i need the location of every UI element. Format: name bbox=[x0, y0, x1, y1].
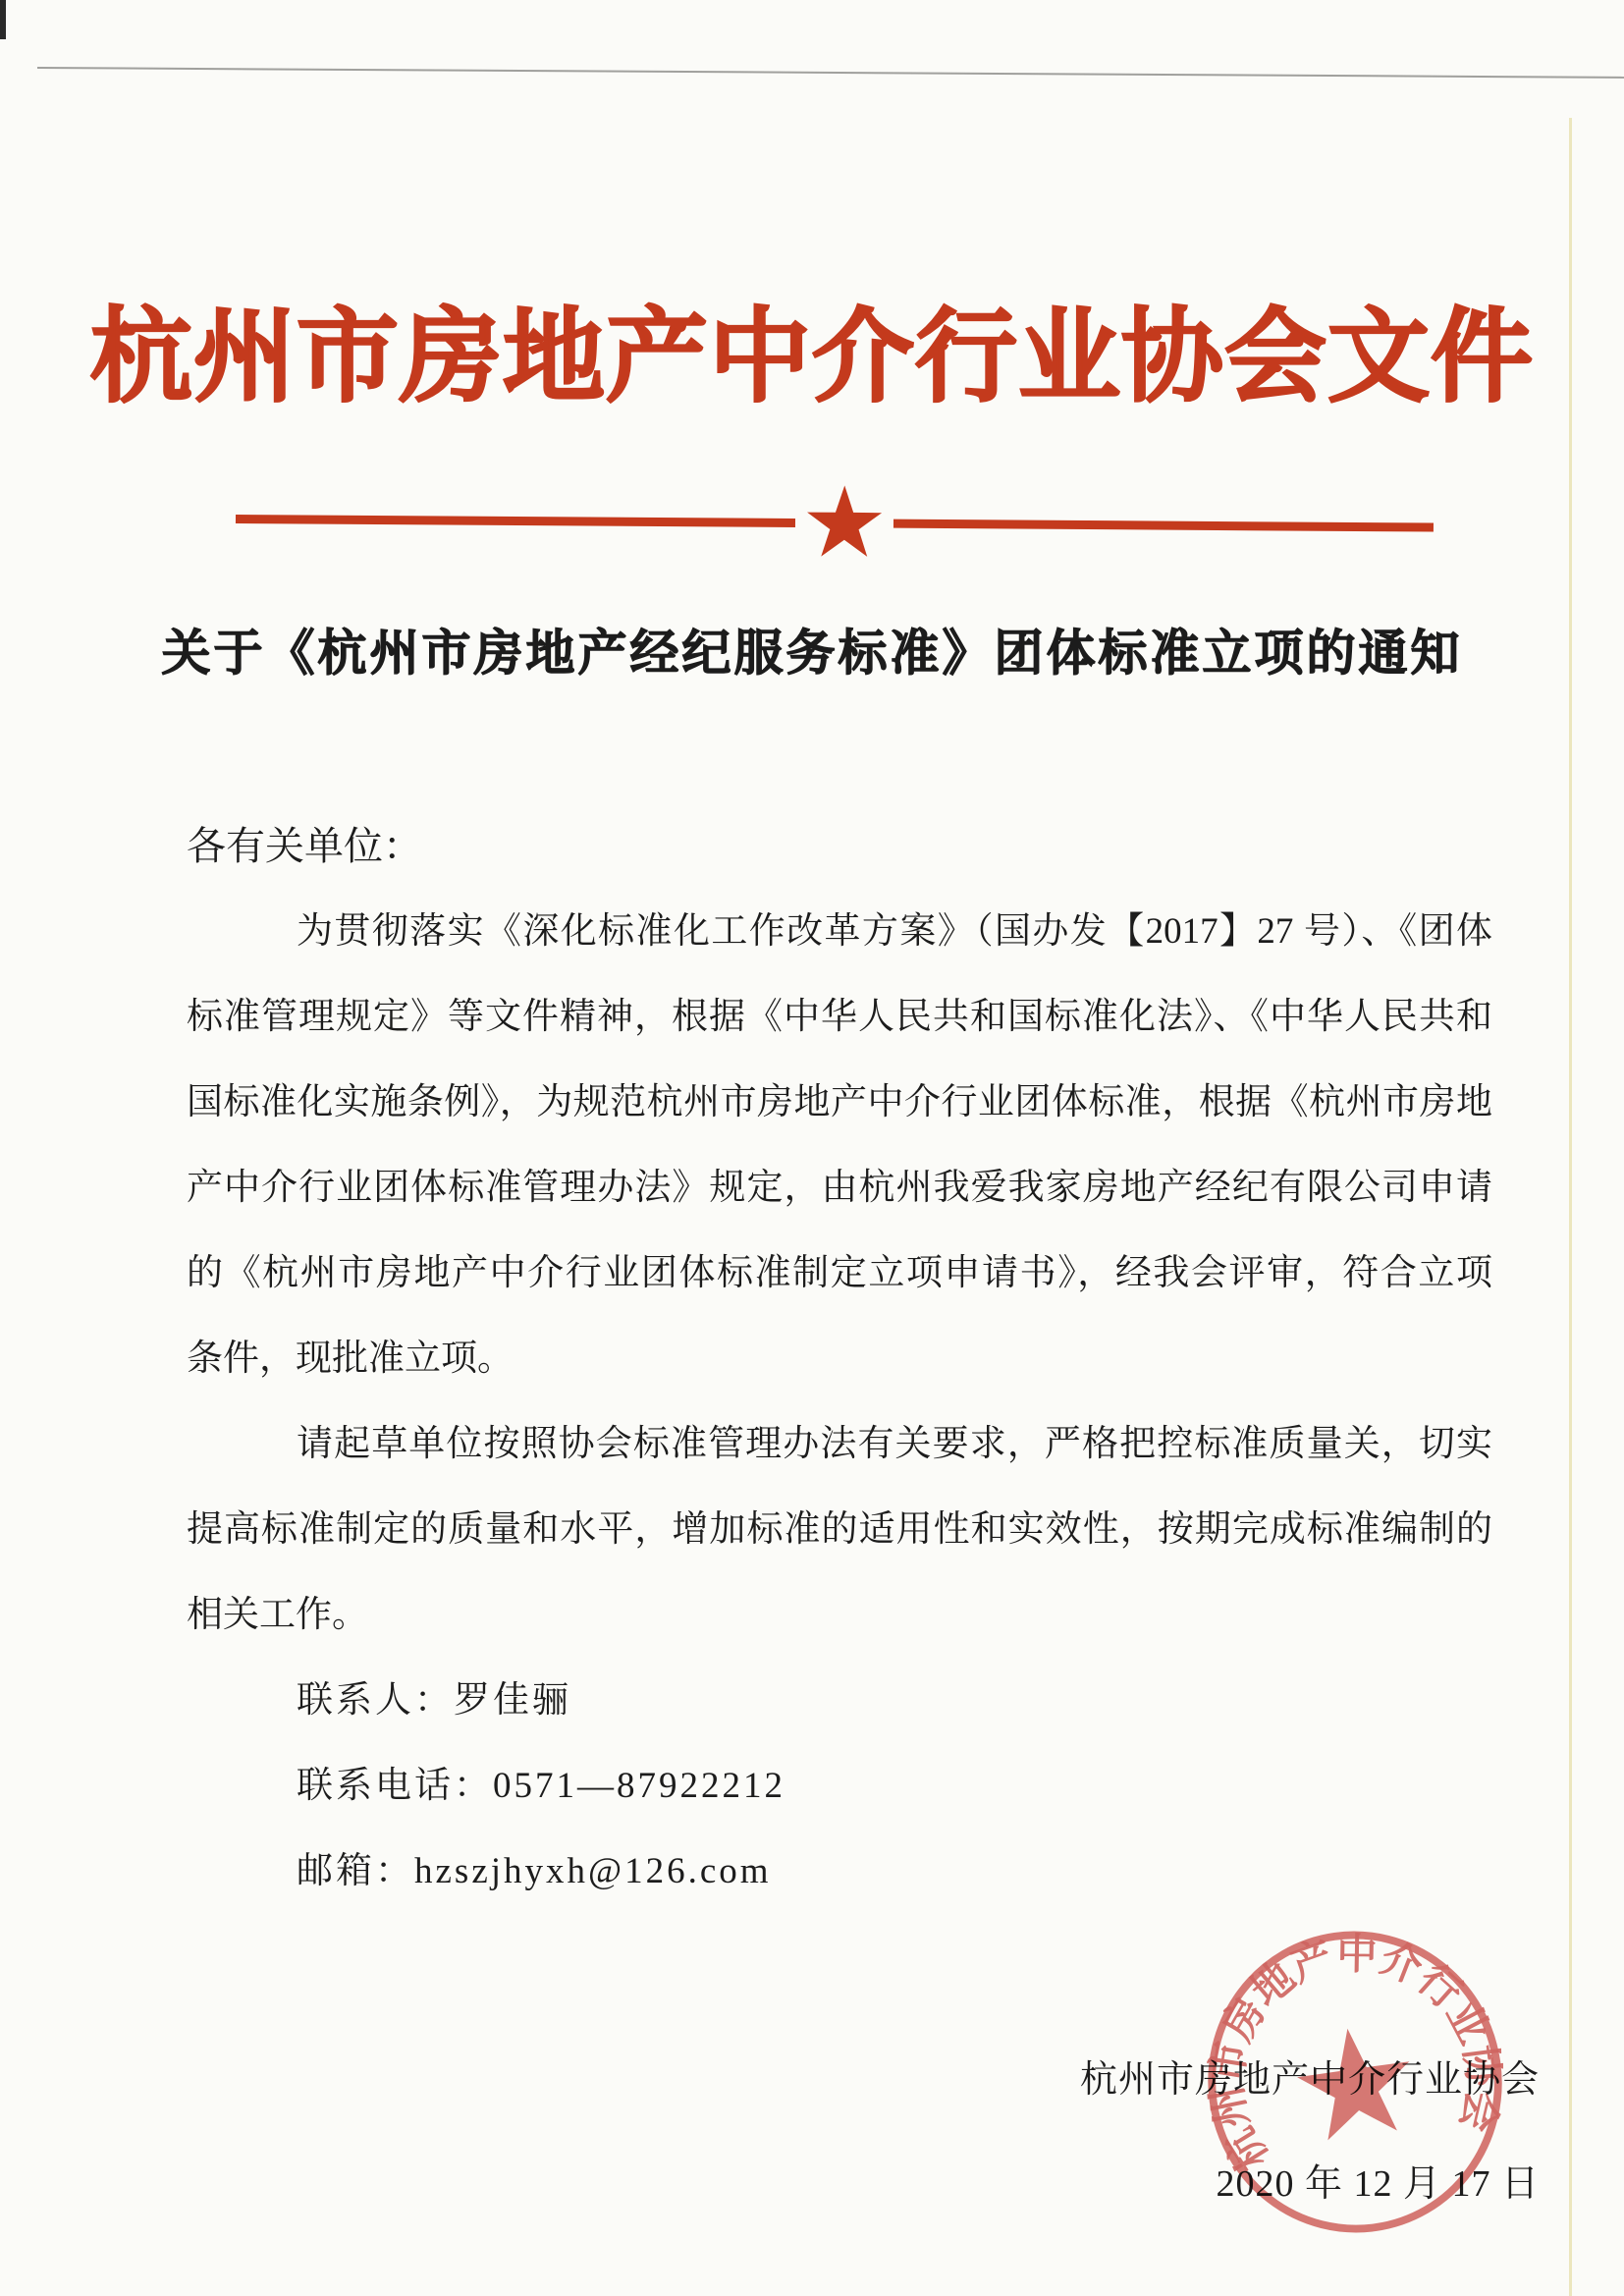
star-icon bbox=[803, 481, 887, 565]
scan-streak-line bbox=[1569, 118, 1572, 2296]
paragraph-line: 标准管理规定》等文件精神，根据《中华人民共和国标准化法》、《中华人民共和 bbox=[187, 974, 1492, 1060]
paragraph-line: 相关工作。 bbox=[187, 1572, 1492, 1658]
scanned-official-document: { "letterhead": { "title": "杭州市房地产中介行业协会… bbox=[0, 0, 1624, 2296]
document-body: 各有关单位： 为贯彻落实《深化标准化工作改革方案》（国办发【2017】27 号）… bbox=[187, 803, 1492, 1914]
scan-edge-line bbox=[37, 67, 1624, 79]
paragraph-line: 国标准化实施条例》，为规范杭州市房地产中介行业团体标准，根据《杭州市房地 bbox=[187, 1060, 1492, 1145]
paragraph-line: 产中介行业团体标准管理办法》规定，由杭州我爱我家房地产经纪有限公司申请 bbox=[187, 1145, 1492, 1230]
paragraph-line: 条件，现批准立项。 bbox=[187, 1316, 1492, 1401]
contact-person: 联系人：罗佳骊 bbox=[187, 1658, 1492, 1743]
paragraph-line: 的《杭州市房地产中介行业团体标准制定立项申请书》，经我会评审，符合立项 bbox=[187, 1230, 1492, 1316]
stamp-star-icon bbox=[1291, 2021, 1419, 2144]
official-stamp: 杭州市房地产中介行业协会 bbox=[1160, 1886, 1550, 2277]
letterhead-title: 杭州市房地产中介行业协会文件 bbox=[0, 275, 1624, 442]
letterhead-divider bbox=[236, 477, 1435, 569]
divider-bar-left bbox=[236, 515, 795, 527]
paragraph-line: 提高标准制定的质量和水平，增加标准的适用性和实效性，按期完成标准编制的 bbox=[187, 1487, 1492, 1572]
paragraph-line: 为贯彻落实《深化标准化工作改革方案》（国办发【2017】27 号）、《团体 bbox=[187, 889, 1492, 974]
salutation: 各有关单位： bbox=[187, 803, 1492, 889]
paragraph-line: 请起草单位按照协会标准管理办法有关要求，严格把控标准质量关，切实 bbox=[187, 1401, 1492, 1487]
document-title: 关于《杭州市房地产经纪服务标准》团体标准立项的通知 bbox=[0, 621, 1624, 685]
contact-phone: 联系电话：0571—87922212 bbox=[187, 1743, 1492, 1829]
contact-email: 邮箱：hzszjhyxh@126.com bbox=[187, 1829, 1492, 1914]
divider-bar-right bbox=[893, 519, 1434, 531]
scan-corner-mark bbox=[0, 0, 6, 39]
